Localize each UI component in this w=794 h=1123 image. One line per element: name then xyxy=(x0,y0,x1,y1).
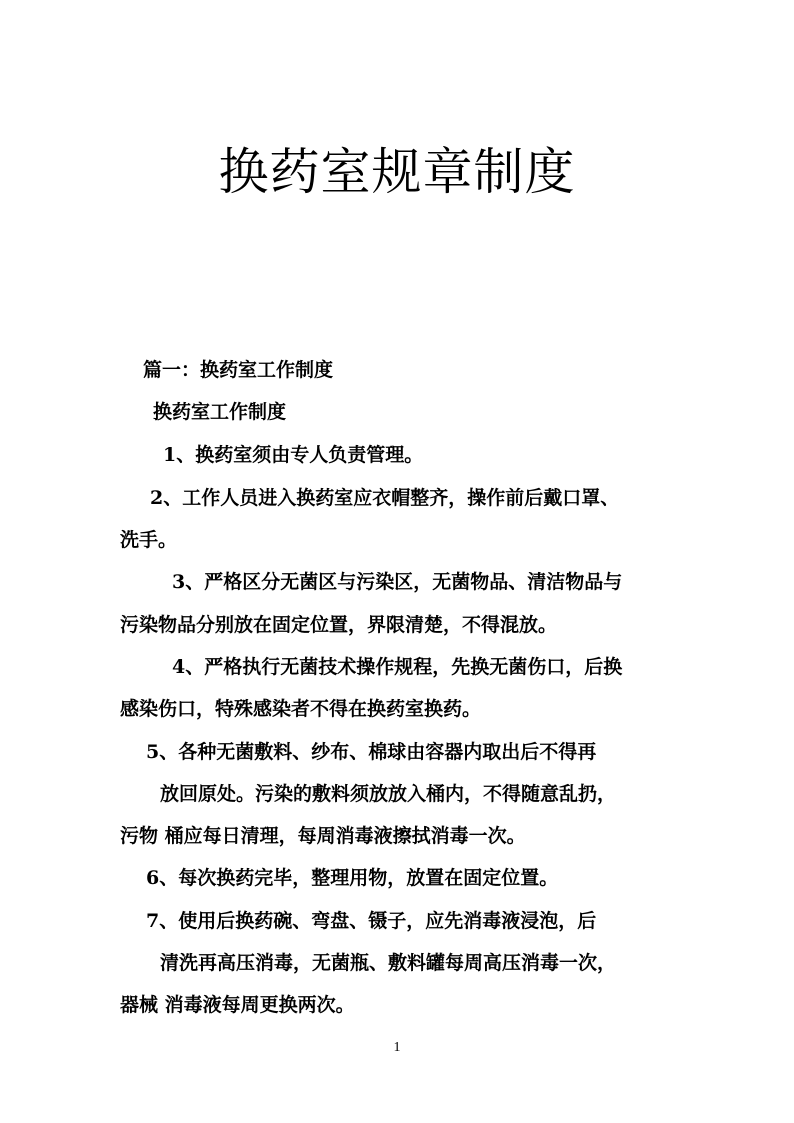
paragraph-line: 3、严格区分无菌区与污染区，无菌物品、清洁物品与 xyxy=(172,569,622,595)
paragraph-line: 2、工作人员进入换药室应衣帽整齐，操作前后戴口罩、 xyxy=(150,485,619,511)
paragraph-line: 7、使用后换药碗、弯盘、镊子，应先消毒液浸泡，后 xyxy=(146,908,596,934)
paragraph-line: 放回原处。污染的敷料须放放入桶内，不得随意乱扔， xyxy=(160,781,616,807)
paragraph-line: 感染伤口，特殊感染者不得在换药室换药。 xyxy=(120,696,481,722)
page-title: 换药室规章制度 xyxy=(0,140,794,204)
page-number: 1 xyxy=(0,1040,794,1056)
paragraph-line: 6、每次换药完毕，整理用物，放置在固定位置。 xyxy=(146,865,558,891)
paragraph-line: 洗手。 xyxy=(120,527,177,553)
section-heading: 篇一：换药室工作制度 xyxy=(143,357,333,383)
paragraph-line: 1、换药室须由专人负责管理。 xyxy=(163,442,423,468)
paragraph-line: 清洗再高压消毒，无菌瓶、敷料罐每周高压消毒一次， xyxy=(160,950,616,976)
paragraph-line: 5、各种无菌敷料、纱布、棉球由容器内取出后不得再 xyxy=(146,739,596,765)
paragraph-line: 污染物品分别放在固定位置，界限清楚，不得混放。 xyxy=(120,612,557,638)
subheading: 换药室工作制度 xyxy=(153,399,286,425)
paragraph-line: 器械 消毒液每周更换两次。 xyxy=(120,992,355,1018)
paragraph-line: 4、严格执行无菌技术操作规程，先换无菌伤口，后换 xyxy=(172,654,622,680)
document-page: 换药室规章制度 篇一：换药室工作制度 换药室工作制度 1、换药室须由专人负责管理… xyxy=(0,0,794,1123)
paragraph-line: 污物 桶应每日清理，每周消毒液擦拭消毒一次。 xyxy=(120,823,526,849)
